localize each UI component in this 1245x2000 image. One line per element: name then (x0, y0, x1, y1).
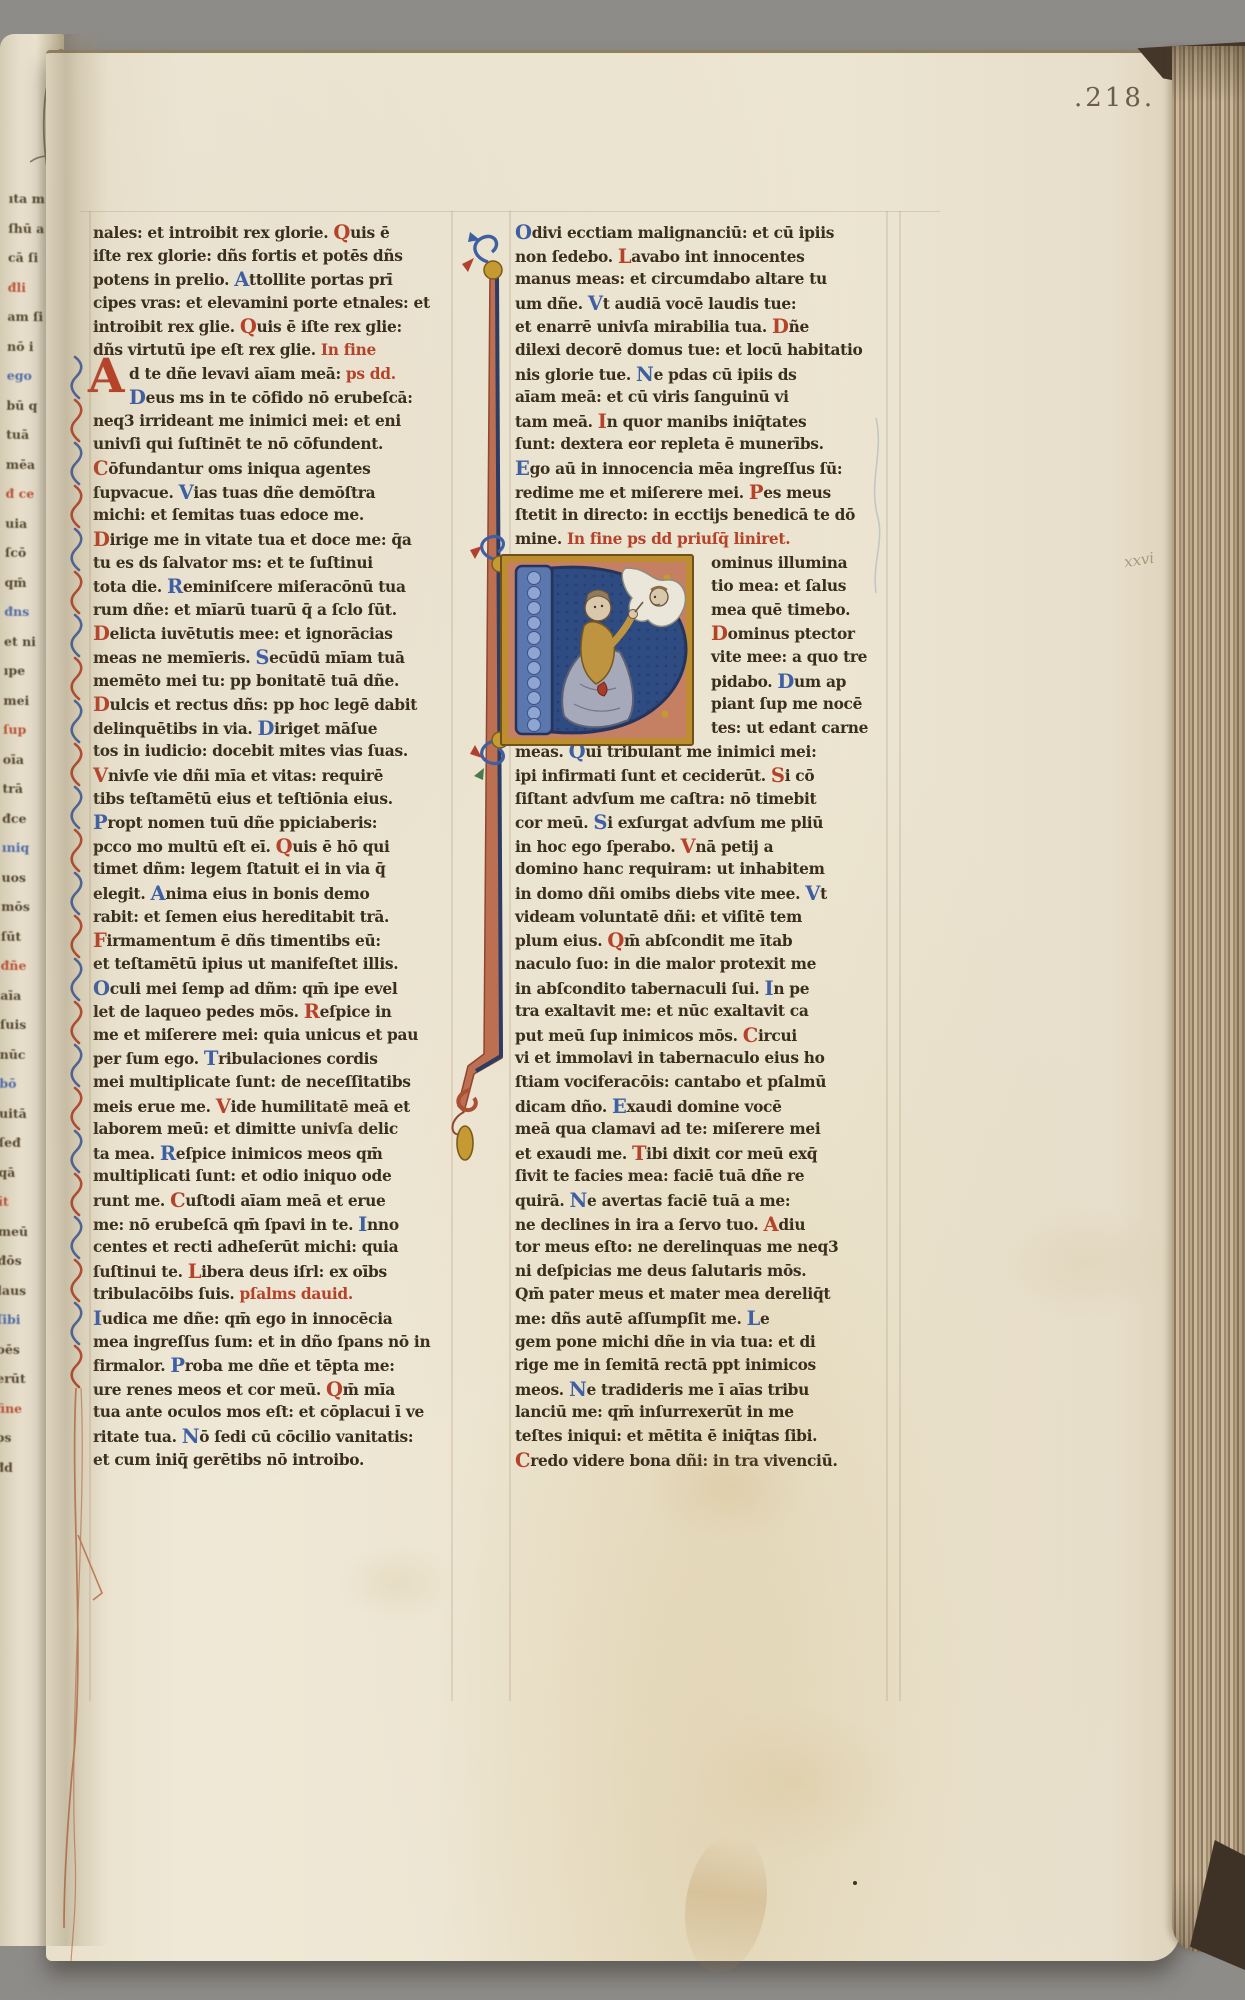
text-line: Propt nomen tuū dñe ppiciaberis: (93, 811, 458, 835)
parchment-stain (996, 1203, 1176, 1323)
text-line: ſunt: dextera eor repleta ē munerībs. (515, 433, 893, 457)
text-line: iſte rex glorie: dñs fortis et potēs dñs (93, 245, 458, 269)
text-line: Cōfundantur oms iniqua agentes (93, 457, 458, 481)
text-line: piant ſup me nocē (711, 693, 893, 717)
text-line: tibs teſtamētū eius et teſtiōnia eius. (93, 788, 458, 812)
text-line: elegit. Anima eius in bonis demo (93, 882, 458, 906)
text-line: ſuſtinui te. Libera deus iſrl: ex oībs (93, 1260, 458, 1284)
text-line: multiplicati ſunt: et odio iniquo ode (93, 1165, 458, 1189)
text-line: ſtetit in directo: in ecctijs benedicā t… (515, 504, 893, 528)
text-line: delinquētibs in via. Diriget māſue (93, 717, 458, 741)
ruling-line (80, 211, 940, 212)
text-line: in domo dñi omibs diebs vite mee. Vt (515, 882, 893, 906)
bleed-through-mark (864, 413, 894, 613)
text-line: ſiſtant advſum me caſtra: nō timebit (515, 788, 893, 812)
text-line: centes et recti adheſerūt michi: quia (93, 1236, 458, 1260)
text-line: nales: et introibit rex glorie. Quis ē (93, 221, 458, 245)
text-line: meas ne memīeris. Secūdū mīam tuā (93, 646, 458, 670)
parchment-stain (676, 1828, 777, 1979)
photo-scene: ıta mſhū acā ſiđliam ſinō iegobū qtuāmēa… (0, 0, 1245, 2000)
text-line: Deus ms in te cōfido nō erubeſcā: (129, 386, 458, 410)
text-line: tribulacōibs ſuis. pſalms dauid. (93, 1283, 458, 1307)
text-line: tua ante oculos mos eſt: et cōplacui ī v… (93, 1401, 458, 1425)
fore-edge-page-stack (1172, 46, 1245, 1952)
gutter-shadow (38, 34, 108, 1946)
text-line: mei multiplicate ſunt: de neceſſitatibs (93, 1071, 458, 1095)
text-line: mea ingreſſus ſum: et in dño ſpans nō in (93, 1331, 458, 1355)
text-line: ta mea. Reſpice inimicos meos qm̄ (93, 1142, 458, 1166)
ruling-line (899, 211, 901, 1701)
text-line: Qm̄ pater meus et mater mea dereliq̄t (515, 1283, 893, 1307)
ink-spot (853, 1881, 857, 1885)
text-line: Delicta iuvētutis mee: et ignorācias (93, 622, 458, 646)
parchment-stain (686, 1703, 906, 1863)
text-line: vi et immolavi in tabernaculo eius ho (515, 1047, 893, 1071)
text-line: in hoc ego ſperabo. Vnā petij a (515, 835, 893, 859)
text-line: tos in iudicio: docebit mites vias ſuas. (93, 740, 458, 764)
text-line: redime me et miſerere mei. Pes meus (515, 481, 893, 505)
text-line: et enarrē univſa mirabilia tua. Dñe (515, 315, 893, 339)
text-line: ni deſpicias me deus ſalutaris mōs. (515, 1260, 893, 1284)
text-line: Vnivſe vie dñi mīa et vitas: requirē (93, 764, 458, 788)
text-line: Credo videre bona dñi: in tra vivenciū. (515, 1449, 893, 1473)
text-line: quirā. Ne avertas faciē tuā a me: (515, 1189, 893, 1213)
text-line: univſi qui ſuſtinēt te nō cōfundent. (93, 433, 458, 457)
text-line: meos. Ne tradideris me ī aīas tribu (515, 1378, 893, 1402)
text-line: rum dñe: et mīarū tuarū q̄ a ſclo ſūt. (93, 599, 458, 623)
folio-number: .218. (1074, 83, 1155, 113)
text-line: meis erue me. Vide humilitatē meā et (93, 1095, 458, 1119)
text-line: non ſedebo. Lavabo int innocentes (515, 245, 893, 269)
text-line: aīam meā: et cū viris ſanguinū vi (515, 386, 893, 410)
text-line: d te dñe levavi aīam meā: ps dd. (129, 363, 458, 387)
text-line: teſtes iniqui: et mētita ē iniq̄tas ſibi… (515, 1425, 893, 1449)
text-line: me: nō erubeſcā qm̄ ſpavi in te. Inno (93, 1213, 458, 1237)
text-line: tu es ds ſalvator ms: et te ſuſtinui (93, 552, 458, 576)
gutter-text-line: oēs (0, 1334, 43, 1364)
text-line: domino hanc requiram: ut inhabitem (515, 858, 893, 882)
text-line: Dulcis et rectus dñs: pp hoc legē dabit (93, 693, 458, 717)
text-line: meā qua clamavi ad te: miſerere mei (515, 1118, 893, 1142)
text-line: Ego aū in innocencia mēa ingreſſus ſū: (515, 457, 893, 481)
text-line: me et miſerere mei: quia unicus et pau (93, 1024, 458, 1048)
text-line: dicam dño. Exaudi domine vocē (515, 1095, 893, 1119)
gutter-text-line: ſibi (0, 1305, 43, 1335)
manuscript-page: .218. xxvi nales: et introibit rex glori… (46, 50, 1180, 1961)
text-line: runt me. Cuſtodi aīam meā et erue (93, 1189, 458, 1213)
text-line: et exaudi me. Tibi dixit cor meū exq̄ (515, 1142, 893, 1166)
text-line: Iudica me dñe: qm̄ ego in innocēcia (93, 1307, 458, 1331)
text-line: videam voluntatē dñi: et viſitē tem (515, 906, 893, 930)
text-line: nis glorie tue. Ne pdas cū ipiis ds (515, 363, 893, 387)
text-line: memēto mei tu: pp bonitatē tuā dñe. (93, 670, 458, 694)
text-line: ritate tua. Nō ſedi cū cōcilio vanitatis… (93, 1425, 458, 1449)
gutter-text-line: laus (0, 1275, 43, 1305)
text-line: ſupvacue. Vias tuas dñe demōſtra (93, 481, 458, 505)
margin-annotation: xxvi (1123, 549, 1156, 572)
text-line: ipi infirmati ſunt et ceciderūt. Si cō (515, 764, 893, 788)
text-line: tam meā. In quor manibs iniq̄tates (515, 410, 893, 434)
text-line: ſtiam vociferacōis: cantabo et pſalmū (515, 1071, 893, 1095)
text-line: let de laqueo pedes mōs. Reſpice in (93, 1000, 458, 1024)
text-line: lanciū me: qm̄ inſurrexerūt in me (515, 1401, 893, 1425)
text-line: neq3 irrideant me inimici mei: et eni (93, 410, 458, 434)
text-column-right: Odivi ecctiam malignanciū: et cū ipiisno… (515, 221, 893, 1472)
text-line: introibit rex glie. Quis ē iſte rex glie… (93, 315, 458, 339)
text-line: Odivi ecctiam malignanciū: et cū ipiis (515, 221, 893, 245)
text-line: gem pone michi dñe in via tua: et di (515, 1331, 893, 1355)
text-line: Dominus ptector (711, 622, 893, 646)
text-line: Dirige me in vitate tua et doce me: q̄a (93, 528, 458, 552)
text-line: firmalor. Proba me dñe et tēpta me: (93, 1354, 458, 1378)
text-line: plum eius. Qm̄ abſcondit me ītab (515, 929, 893, 953)
text-line: et teſtamētū ipius ut manifeſtet illis. (93, 953, 458, 977)
text-line: in abſcondito tabernaculi ſui. In pe (515, 977, 893, 1001)
text-line: tra exaltavit me: et nūc exaltavit ca (515, 1000, 893, 1024)
text-line: per ſum ego. Tribulaciones cordis (93, 1047, 458, 1071)
text-line: cipes vras: et elevamini porte etnales: … (93, 292, 458, 316)
text-line: ure renes meos et cor meū. Qm̄ mīa (93, 1378, 458, 1402)
text-line: pcco mo multū eſt eī. Quis ē hō qui (93, 835, 458, 859)
text-line: manus meas: et circumdabo altare tu (515, 268, 893, 292)
text-line: mine. In fine ps dd priuſq̄ liniret. (515, 528, 893, 552)
text-line: ſivit te facies mea: faciē tuā dñe re (515, 1165, 893, 1189)
text-line: tota die. Reminiſcere miſeracōnū tua (93, 575, 458, 599)
text-line: laborem meū: et dimitte univſa delic (93, 1118, 458, 1142)
text-line: pidabo. Dum ap (711, 670, 893, 694)
text-line: Firmamentum ē dñs timentibs eū: (93, 929, 458, 953)
parchment-stain (336, 1543, 456, 1623)
text-line: timet dñm: legem ſtatuit ei in via q̄ (93, 858, 458, 882)
text-line: me: dñs autē aſſumpſit me. Le (515, 1307, 893, 1331)
text-line: Oculi mei ſemp ad dñm: qm̄ ipe evel (93, 977, 458, 1001)
gutter-text-line: đd (0, 1452, 42, 1482)
gutter-text-line: ps (0, 1423, 42, 1453)
text-line: dñs virtutū ipe eſt rex glie. In fine (93, 339, 458, 363)
text-line: rabit: et ſemen eius hereditabit trā. (93, 906, 458, 930)
text-line: cor meū. Si exſurgat advſum me pliū (515, 811, 893, 835)
text-line: potens in prelio. Attollite portas prī (93, 268, 458, 292)
gutter-text-line: fine (0, 1393, 42, 1423)
text-line: ne declines in ira a ſervo tuo. Adiu (515, 1213, 893, 1237)
text-line: naculo ſuo: in die malor protexit me (515, 953, 893, 977)
text-line: dilexi decorē domus tue: et locū habitat… (515, 339, 893, 363)
text-column-left: nales: et introibit rex glorie. Quis ēiſ… (93, 221, 458, 1472)
text-line: rige me in ſemitā rectā ppt inimicos (515, 1354, 893, 1378)
illuminated-initial-d (500, 554, 694, 746)
text-line: put meū ſup inimicos mōs. Circui (515, 1024, 893, 1048)
text-line: michi: et ſemitas tuas edoce me. (93, 504, 458, 528)
gutter-text-line: erūt (0, 1364, 42, 1394)
text-line: um dñe. Vt audiā vocē laudis tue: (515, 292, 893, 316)
text-line: et cum iniq̄ gerētibs nō introibo. (93, 1449, 458, 1473)
text-line: tes: ut edant carne (711, 717, 893, 741)
text-line: vite mee: a quo tre (711, 646, 893, 670)
text-line: tor meus eſto: ne derelinquas me neq3 (515, 1236, 893, 1260)
